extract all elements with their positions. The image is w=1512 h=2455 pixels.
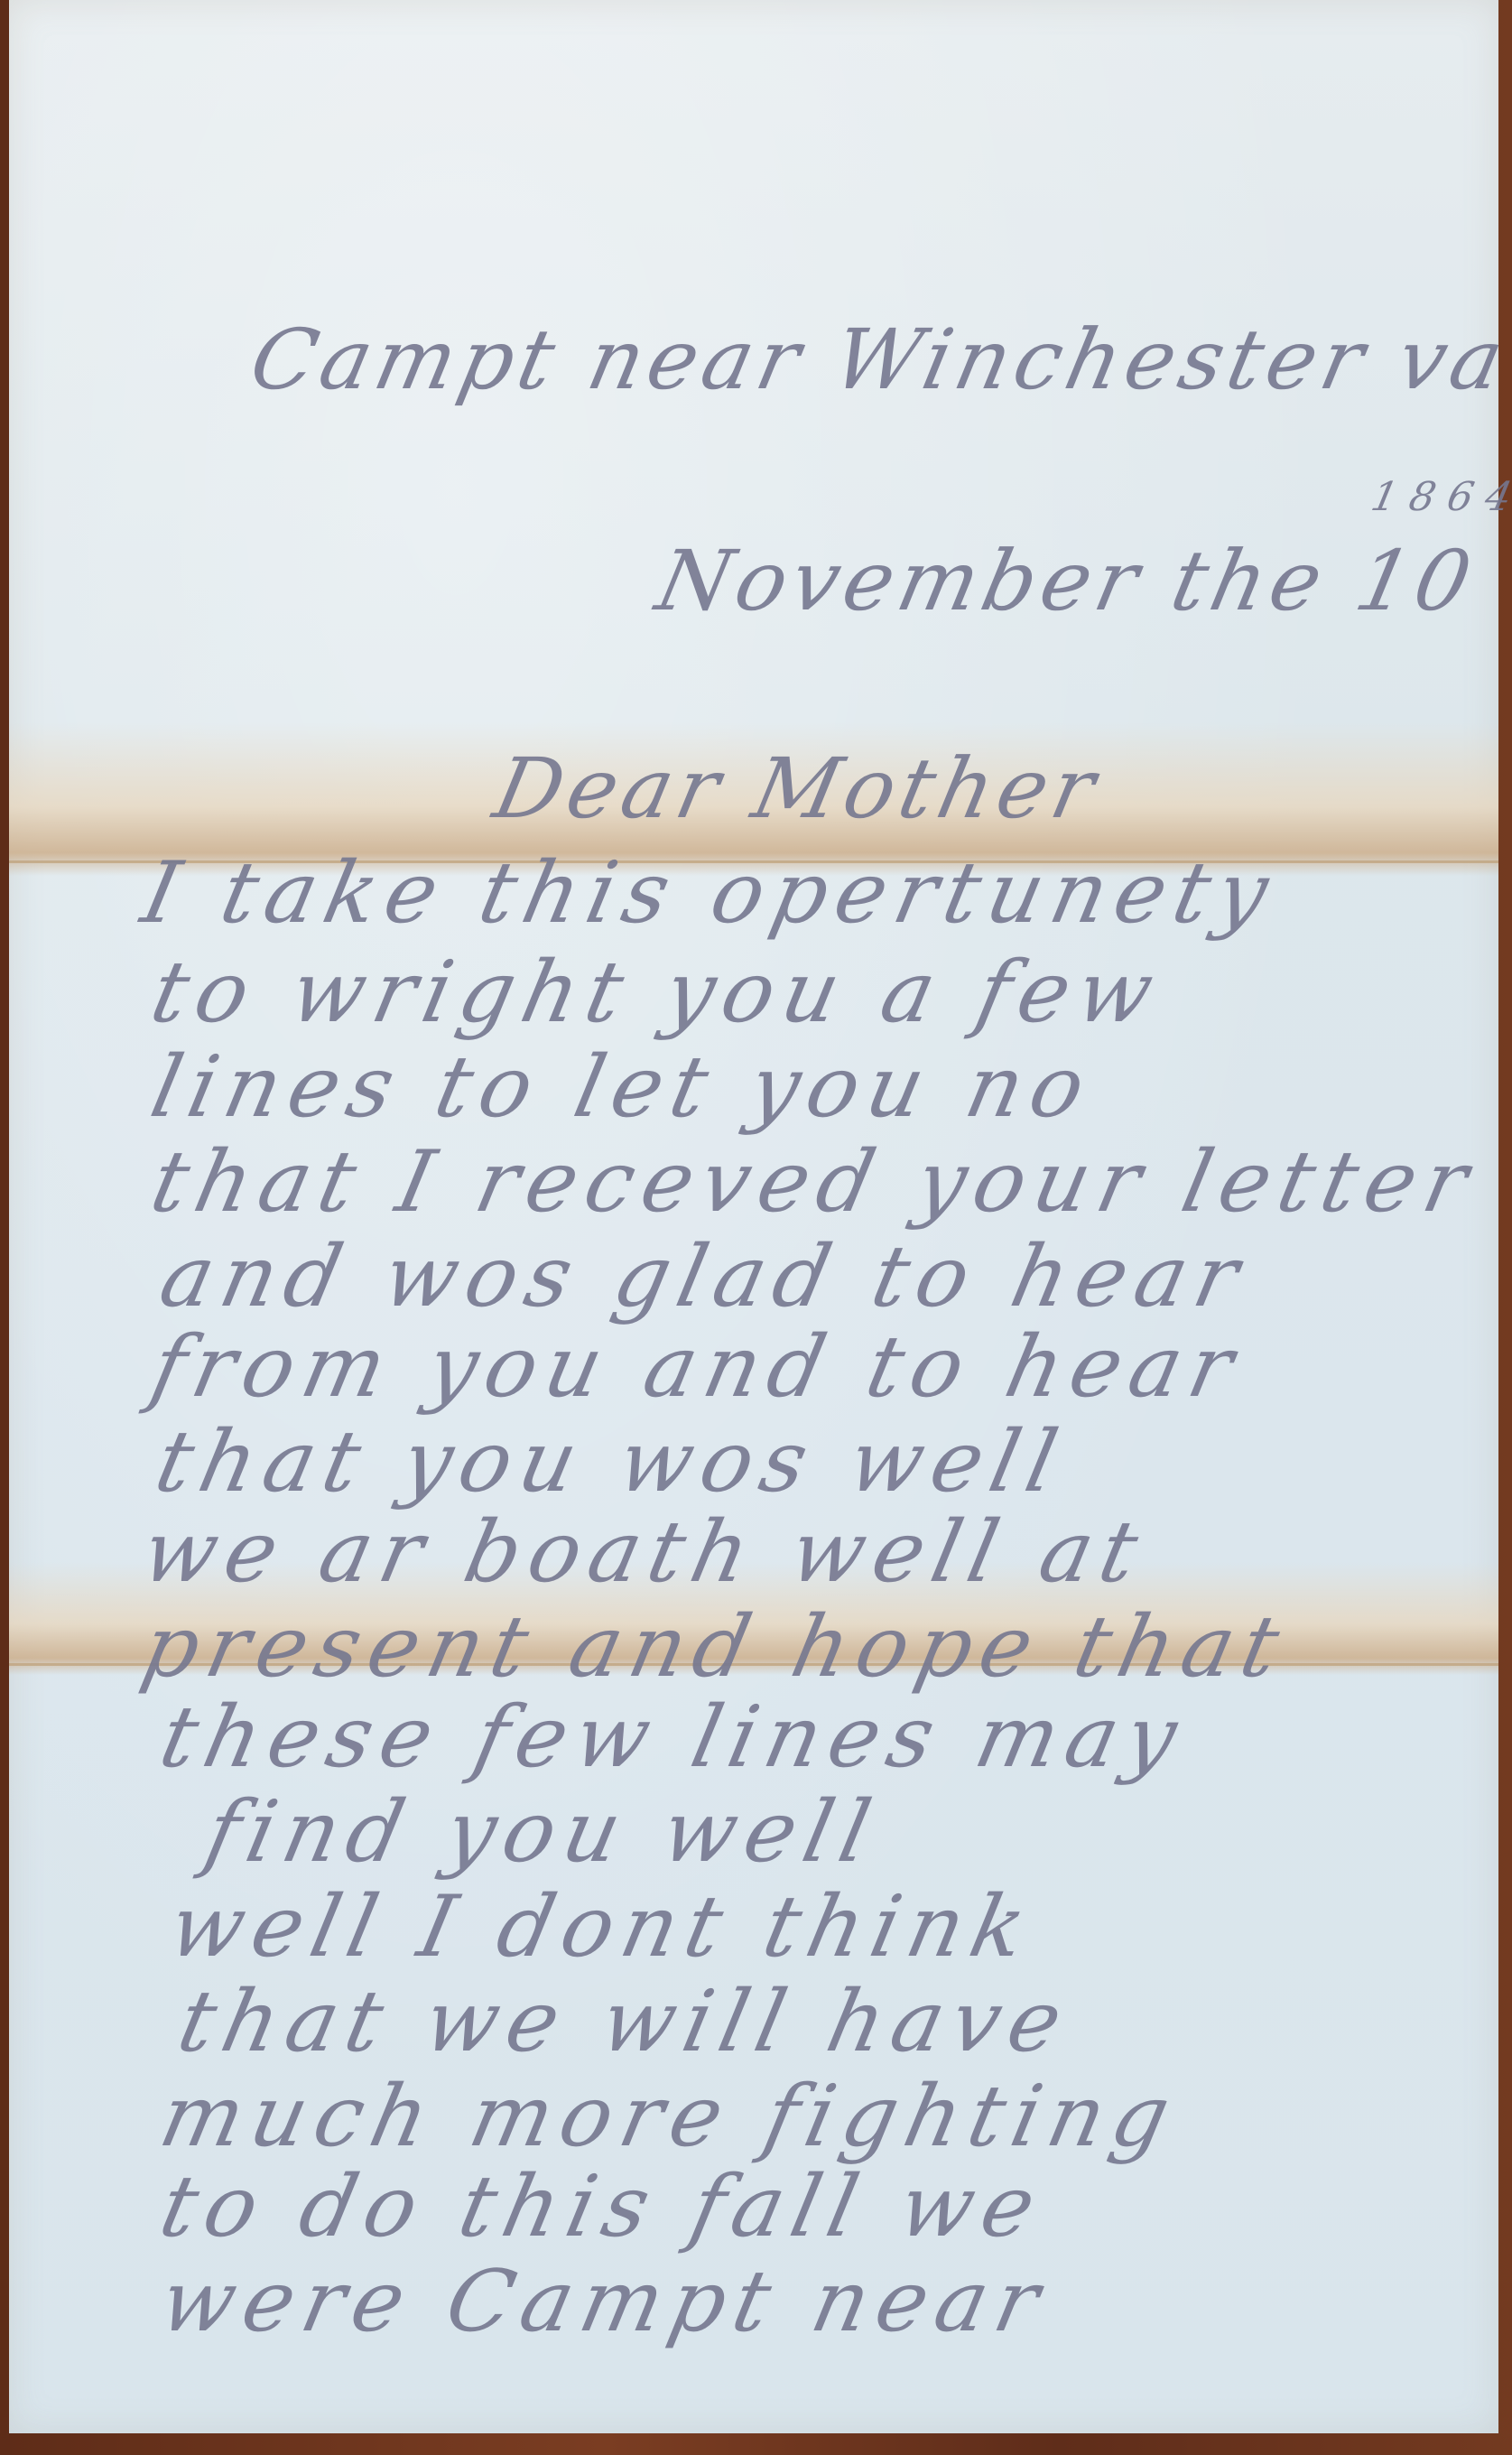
body-line: to wright you a few [143, 944, 1170, 1042]
body-line: and wos glad to hear [152, 1228, 1256, 1326]
body-line: that you wos well [147, 1413, 1074, 1511]
letter-place: Campt near Winchester va [243, 312, 1512, 408]
body-line: find you well [197, 1783, 887, 1882]
letter-page: Campt near Winchester va 1864 November t… [9, 0, 1498, 2433]
body-line: much more fighting [152, 2068, 1186, 2166]
body-line: that we will have [170, 1973, 1079, 2071]
letter-salutation: Dear Mother [487, 740, 1108, 837]
body-line: well I dont think [161, 1878, 1043, 1976]
letter-date: November the 10 [649, 533, 1485, 629]
body-line: to do this fall we [152, 2158, 1052, 2256]
body-line: lines to let you no [143, 1038, 1101, 1137]
body-line: present and hope that [134, 1598, 1296, 1697]
body-line: were Campt near [152, 2253, 1056, 2351]
body-line: from you and to hear [143, 1318, 1250, 1417]
letter-year: 1864 [1368, 474, 1512, 520]
body-line: these few lines may [152, 1688, 1193, 1787]
body-line: I take this opertunety [134, 844, 1285, 943]
body-line: we ar boath well at [134, 1503, 1155, 1602]
body-line: that I receved your letter [143, 1133, 1485, 1232]
